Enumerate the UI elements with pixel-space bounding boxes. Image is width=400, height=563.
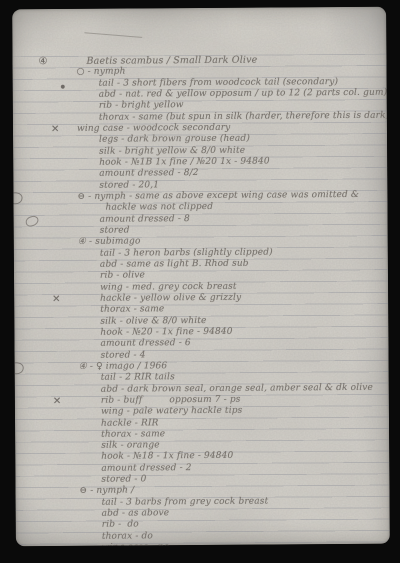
section-number-circle: ④: [38, 56, 47, 68]
line-text: thorax - do: [102, 531, 153, 543]
line-text: ④ - subimago: [78, 237, 141, 249]
line-text: hackle - RIR: [101, 418, 159, 430]
line-text: ⊖ - nymph /: [79, 486, 134, 498]
line-text: thorax - same: [100, 304, 164, 316]
notebook-page: ④Baetis scambus / Small Dark Olive○ - ny…: [12, 7, 390, 547]
x-mark: ✕: [52, 294, 61, 306]
line-text: stored: [100, 225, 130, 237]
stray-pencil-mark: [84, 32, 142, 38]
line-text: rib - do: [102, 520, 139, 532]
line-text: stored - 20,1: [99, 180, 159, 192]
line-text: wing case - no: [102, 542, 170, 546]
x-mark: ✕: [53, 396, 62, 408]
line-text: amount dressed - 8: [100, 214, 190, 226]
line-text: amount dressed - 2: [101, 463, 191, 475]
line-text: tail - 2 RIR tails: [101, 372, 175, 384]
line-text: thorax - same: [101, 429, 165, 441]
x-mark: ✕: [51, 124, 60, 136]
line-text: rib - olive: [100, 271, 145, 283]
line-text: rib - bright yellow: [99, 100, 184, 112]
line-text: ○ - nymph: [77, 67, 126, 79]
line-text: stored - 4: [101, 350, 146, 362]
handwriting-block: ④Baetis scambus / Small Dark Olive○ - ny…: [12, 54, 389, 547]
scan-background: ④Baetis scambus / Small Dark Olive○ - ny…: [0, 0, 400, 563]
line-text: amount dressed - 6: [100, 338, 190, 350]
